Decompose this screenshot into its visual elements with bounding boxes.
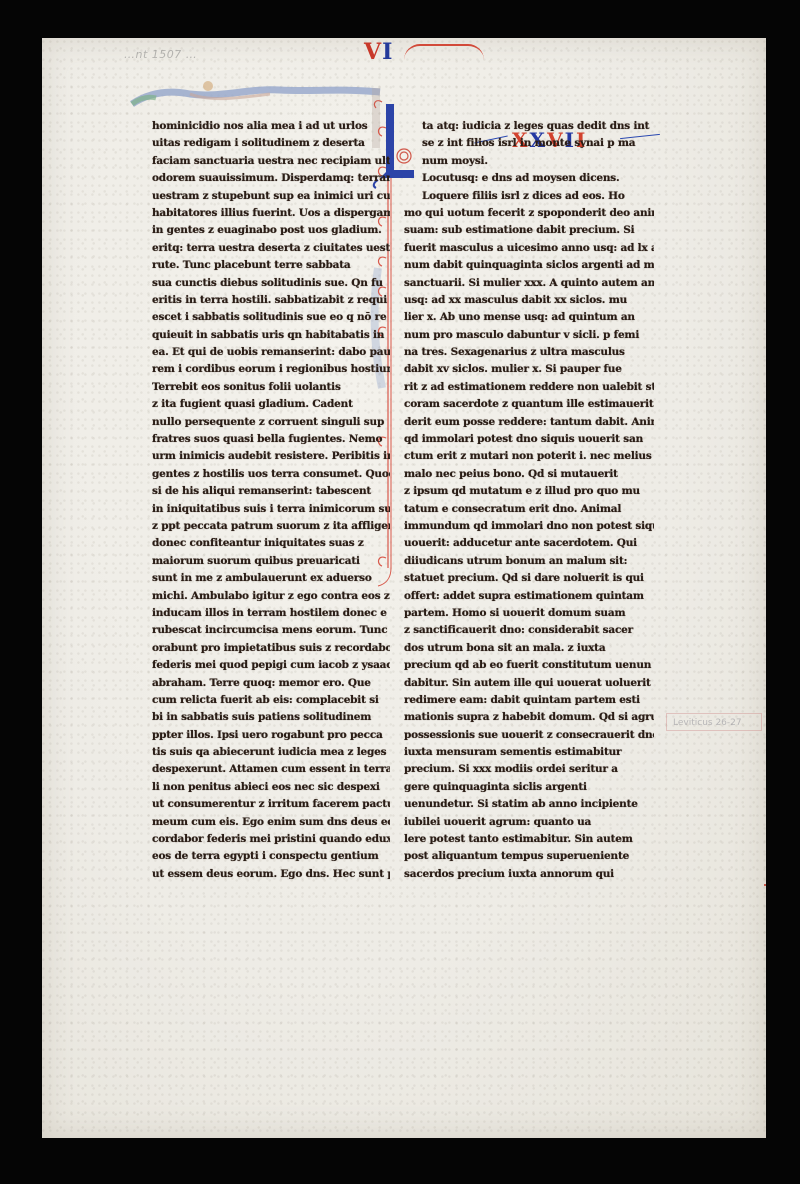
text-line: in gentes z euaginabo post uos gladium.	[152, 222, 390, 239]
text-line: ppter illos. Ipsi uero rogabunt pro pecc…	[152, 727, 390, 744]
text-line: si de his aliqui remanserint: tabescent	[152, 483, 390, 500]
pencil-annotation: …nt 1507 …	[124, 48, 197, 61]
ink-spot	[764, 884, 766, 886]
text-line: lere potest tanto estimabitur. Sin autem	[404, 831, 654, 848]
text-line: maiorum suorum quibus preuaricati	[152, 553, 390, 570]
text-line: se z int filios isrl in monte synai p ma	[404, 135, 654, 152]
text-line: federis mei quod pepigi cum iacob z ysaa…	[152, 657, 390, 674]
text-line: ctum erit z mutari non poterit i. nec me…	[404, 448, 654, 465]
text-line: eritis in terra hostili. sabbatizabit z …	[152, 292, 390, 309]
text-line: fratres suos quasi bella fugientes. Nemo	[152, 431, 390, 448]
text-line: eos de terra egypti i conspectu gentium	[152, 848, 390, 865]
text-line: michi. Ambulabo igitur z ego contra eos …	[152, 588, 390, 605]
text-line: gere quinquaginta siclis argenti	[404, 779, 654, 796]
text-line: abraham. Terre quoq: memor ero. Que	[152, 675, 390, 692]
text-line: Loquere filiis isrl z dices ad eos. Ho	[404, 188, 654, 205]
text-line: lier x. Ab uno mense usq: ad quintum an	[404, 309, 654, 326]
text-line: dos utrum bona sit an mala. z iuxta	[404, 640, 654, 657]
text-line: precium. Si xxx modiis ordei seritur a	[404, 761, 654, 778]
marginal-dragon-drawing	[130, 78, 390, 108]
text-column-right: ta atq: iudicia z leges quas dedit dns i…	[404, 118, 654, 883]
text-line: sua cunctis diebus solitudinis sue. Qn f…	[152, 275, 390, 292]
text-line: uestram z stupebunt sup ea inimici uri c…	[152, 188, 390, 205]
text-line: num moysi.	[404, 153, 522, 170]
text-line: precium qd ab eo fuerit constitutum uenu…	[404, 657, 654, 674]
text-line: dabitur. Sin autem ille qui uouerat uolu…	[404, 675, 654, 692]
text-line: Locutusq: e dns ad moysen dicens.	[404, 170, 654, 187]
text-line: odorem suauissimum. Disperdamq: terram	[152, 170, 390, 187]
text-line: z ppt peccata patrum suorum z ita afflig…	[152, 518, 390, 535]
text-line: rit z ad estimationem reddere non ualebi…	[404, 379, 654, 396]
text-line: diiudicans utrum bonum an malum sit:	[404, 553, 654, 570]
text-column-left: hominicidio nos alia mea i ad ut urlosui…	[152, 118, 390, 883]
text-line: rute. Tunc placebunt terre sabbata	[152, 257, 390, 274]
text-line: uouerit: adducetur ante sacerdotem. Qui	[404, 535, 654, 552]
text-line: urm inimicis audebit resistere. Peribiti…	[152, 448, 390, 465]
running-head-letter: V	[364, 39, 382, 65]
text-line: dabit xv siclos. mulier x. Si pauper fue	[404, 361, 654, 378]
text-line: quieuit in sabbatis uris qn habitabatis …	[152, 327, 390, 344]
text-line: num dabit quinquaginta siclos argenti ad…	[404, 257, 654, 274]
text-line: nullo persequente z corruent singuli sup	[152, 414, 390, 431]
text-line: tis suis qa abiecerunt iudicia mea z leg…	[152, 744, 390, 761]
faint-label: Leviticus 26-27	[666, 713, 762, 731]
text-line: tatum e consecratum erit dno. Animal	[404, 501, 654, 518]
text-line: offert: addet supra estimationem quintam	[404, 588, 654, 605]
text-line: ut essem deus eorum. Ego dns. Hec sunt p…	[152, 866, 390, 883]
text-line: in iniquitatibus suis i terra inimicorum…	[152, 501, 390, 518]
text-line: gentes z hostilis uos terra consumet. Qu…	[152, 466, 390, 483]
text-line: habitatores illius fuerint. Uos a disper…	[152, 205, 390, 222]
text-line: coram sacerdote z quantum ille estimauer…	[404, 396, 654, 413]
text-line: fuerit masculus a uicesimo anno usq: ad …	[404, 240, 654, 257]
running-head-letter: I	[382, 39, 393, 65]
text-line: qd immolari potest dno siquis uouerit sa…	[404, 431, 654, 448]
manuscript-leaf: …nt 1507 … VI	[42, 38, 766, 1138]
text-line: iubilei uouerit agrum: quanto ua	[404, 814, 654, 831]
text-line: cordabor federis mei pristini quando edu…	[152, 831, 390, 848]
text-line: li non penitus abieci eos nec sic despex…	[152, 779, 390, 796]
text-line: z ipsum qd mutatum e z illud pro quo mu	[404, 483, 654, 500]
text-line: post aliquantum tempus superueniente	[404, 848, 654, 865]
text-line: inducam illos in terram hostilem donec e	[152, 605, 390, 622]
text-line: derit eum posse reddere: tantum dabit. A…	[404, 414, 654, 431]
text-line: sanctuarii. Si mulier xxx. A quinto aute…	[404, 275, 654, 292]
text-line: usq: ad xx masculus dabit xx siclos. mu	[404, 292, 654, 309]
text-line: malo nec peius bono. Qd si mutauerit	[404, 466, 654, 483]
text-line: ea. Et qui de uobis remanserint: dabo pa…	[152, 344, 390, 361]
text-line: faciam sanctuaria uestra nec recipiam ul…	[152, 153, 390, 170]
text-line: despexerunt. Attamen cum essent in terra…	[152, 761, 390, 778]
text-line: iuxta mensuram sementis estimabitur	[404, 744, 654, 761]
text-line: immundum qd immolari dno non potest siqu…	[404, 518, 654, 535]
text-line: sunt in me z ambulauerunt ex aduerso	[152, 570, 390, 587]
text-line: suam: sub estimatione dabit precium. Si	[404, 222, 654, 239]
text-line: statuet precium. Qd si dare noluerit is …	[404, 570, 654, 587]
text-line: num pro masculo dabuntur v sicli. p femi	[404, 327, 654, 344]
text-line: sacerdos precium iuxta annorum qui	[404, 866, 654, 883]
text-line: donec confiteantur iniquitates suas z	[152, 535, 390, 552]
text-line: ut consumerentur z irritum facerem pactu…	[152, 796, 390, 813]
text-line: meum cum eis. Ego enim sum dns deus eoru…	[152, 814, 390, 831]
text-line: hominicidio nos alia mea i ad ut urlos	[152, 118, 390, 135]
text-line: Terrebit eos sonitus folii uolantis	[152, 379, 390, 396]
text-line: mationis supra z habebit domum. Qd si ag…	[404, 709, 654, 726]
text-line: z sanctificauerit dno: considerabit sace…	[404, 622, 654, 639]
text-line: na tres. Sexagenarius z ultra masculus	[404, 344, 654, 361]
text-line: bi in sabbatis suis patiens solitudinem	[152, 709, 390, 726]
text-line: partem. Homo si uouerit domum suam	[404, 605, 654, 622]
text-line: orabunt pro impietatibus suis z recordab…	[152, 640, 390, 657]
text-line: redimere eam: dabit quintam partem esti	[404, 692, 654, 709]
flourish-decoration	[404, 44, 484, 60]
text-line: mo qui uotum fecerit z spoponderit deo a…	[404, 205, 654, 222]
text-line: eritq: terra uestra deserta z ciuitates …	[152, 240, 390, 257]
text-line: uenundetur. Si statim ab anno incipiente	[404, 796, 654, 813]
text-line: escet i sabbatis solitudinis sue eo q nō…	[152, 309, 390, 326]
text-line: z ita fugient quasi gladium. Cadent	[152, 396, 390, 413]
text-line: ta atq: iudicia z leges quas dedit dns i…	[404, 118, 654, 135]
running-head: VI	[364, 40, 393, 64]
text-line: cum relicta fuerit ab eis: complacebit s…	[152, 692, 390, 709]
text-line: uitas redigam i solitudinem z deserta	[152, 135, 390, 152]
text-line: rubescat incircumcisa mens eorum. Tunc	[152, 622, 390, 639]
text-line: rem i cordibus eorum i regionibus hostiu…	[152, 361, 390, 378]
text-line: possessionis sue uouerit z consecrauerit…	[404, 727, 654, 744]
